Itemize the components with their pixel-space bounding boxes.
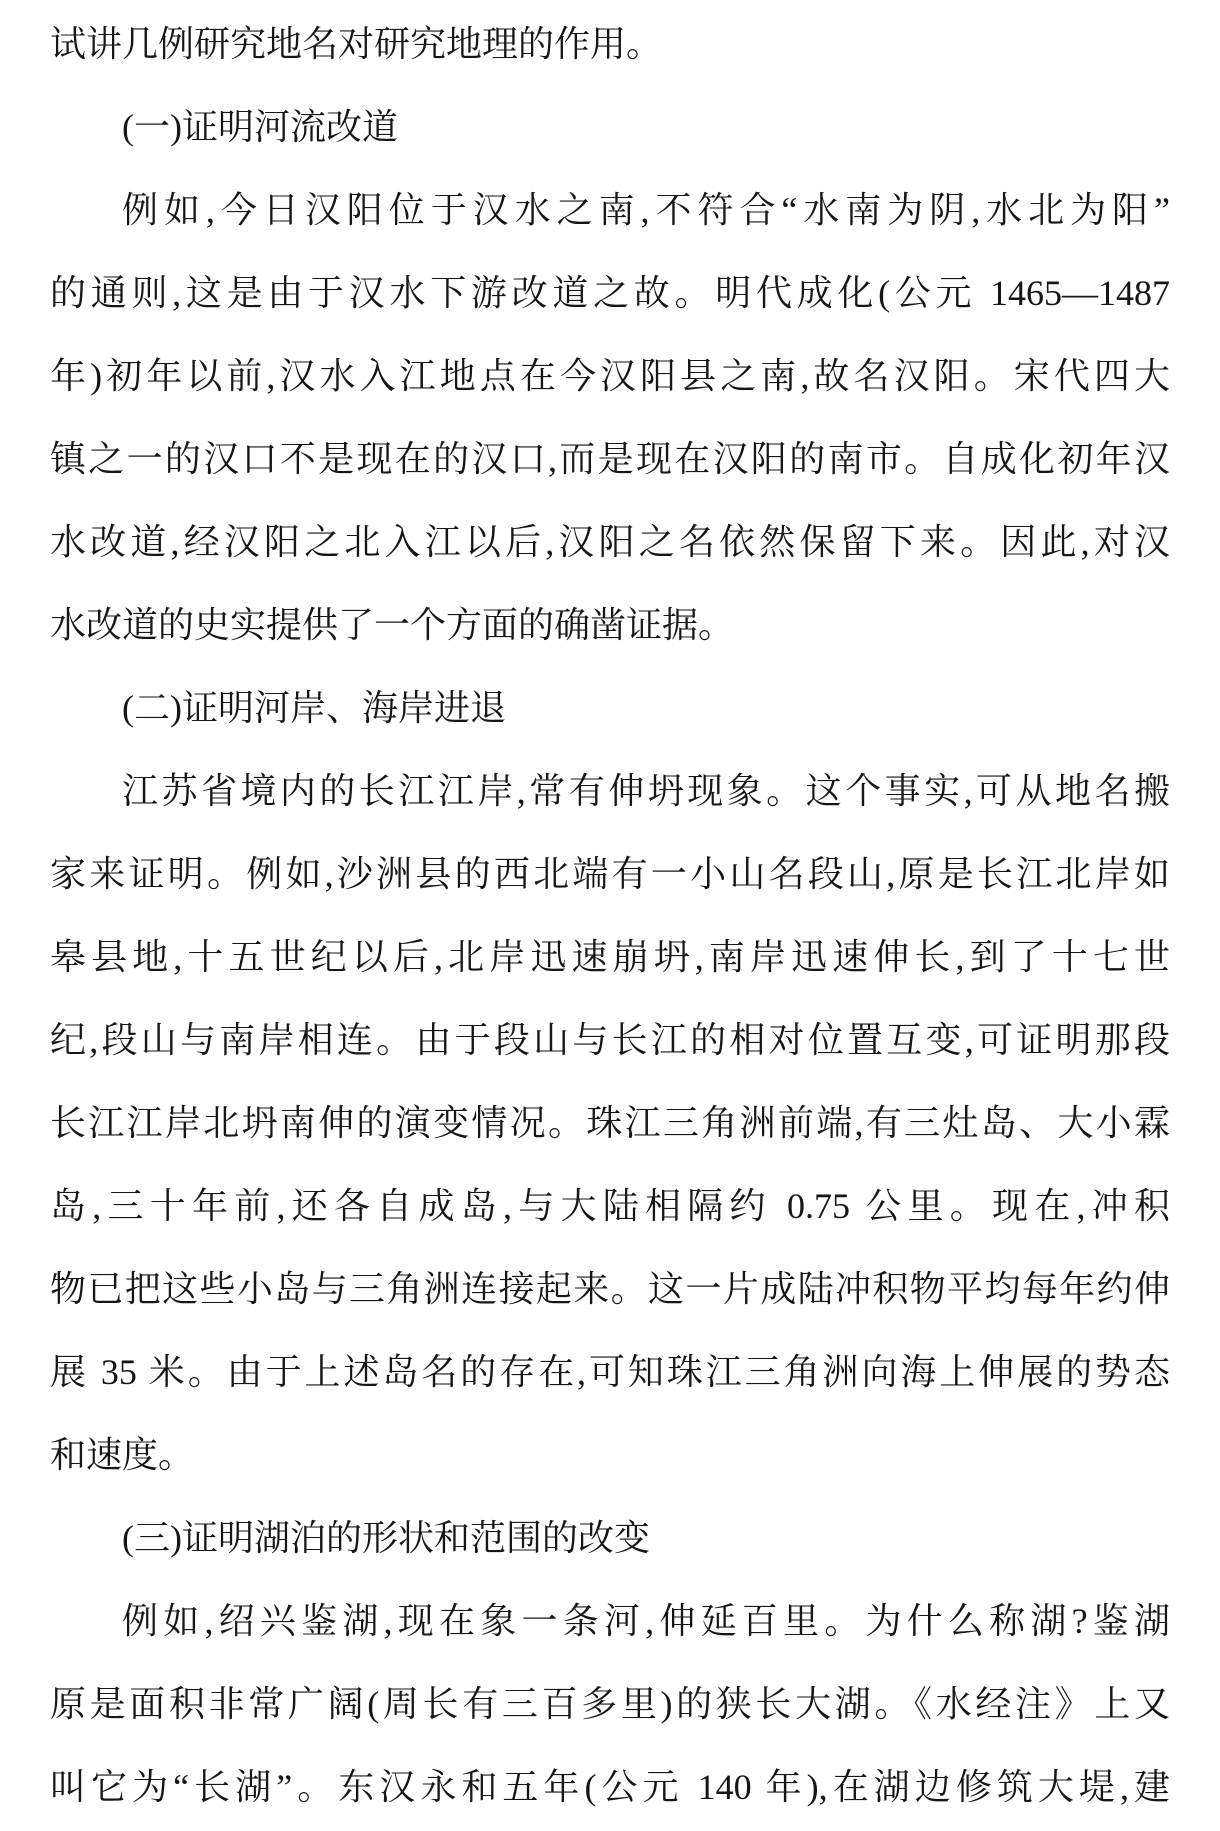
text-line: 水改道的史实提供了一个方面的确凿证据。 xyxy=(50,584,1170,667)
text-line: 展 35 米。由于上述岛名的存在,可知珠江三角洲向海上伸展的势态 xyxy=(50,1331,1170,1414)
text-line: 和速度。 xyxy=(50,1414,1170,1497)
section-heading: (一)证明河流改道 xyxy=(50,86,1170,169)
text-line: 镇之一的汉口不是现在的汉口,而是现在汉阳的南市。自成化初年汉 xyxy=(50,418,1170,501)
text-line: 岛,三十年前,还各自成岛,与大陆相隔约 0.75 公里。现在,冲积 xyxy=(50,1165,1170,1248)
section-heading: (二)证明河岸、海岸进退 xyxy=(50,667,1170,750)
text-line: 试讲几例研究地名对研究地理的作用。 xyxy=(50,3,1170,86)
text-line: 家来证明。例如,沙洲县的西北端有一小山名段山,原是长江北岸如 xyxy=(50,833,1170,916)
text-line: 年)初年以前,汉水入江地点在今汉阳县之南,故名汉阳。宋代四大 xyxy=(50,335,1170,418)
text-line: 例如,今日汉阳位于汉水之南,不符合“水南为阴,水北为阳” xyxy=(50,169,1170,252)
text-line: 长江江岸北坍南伸的演变情况。珠江三角洲前端,有三灶岛、大小霖 xyxy=(50,1082,1170,1165)
text-line: 的通则,这是由于汉水下游改道之故。明代成化(公元 1465—1487 xyxy=(50,252,1170,335)
text-line: 叫它为“长湖”。东汉永和五年(公元 140 年),在湖边修筑大堤,建 xyxy=(50,1746,1170,1829)
text-line: 例如,绍兴鉴湖,现在象一条河,伸延百里。为什么称湖?鉴湖 xyxy=(50,1580,1170,1663)
text-line: 原是面积非常广阔(周长有三百多里)的狭长大湖。《水经注》上又 xyxy=(50,1663,1170,1746)
text-line: 江苏省境内的长江江岸,常有伸坍现象。这个事实,可从地名搬 xyxy=(50,750,1170,833)
section-heading: (三)证明湖泊的形状和范围的改变 xyxy=(50,1497,1170,1580)
text-line: 物已把这些小岛与三角洲连接起来。这一片成陆冲积物平均每年约伸 xyxy=(50,1248,1170,1331)
text-line: 纪,段山与南岸相连。由于段山与长江的相对位置互变,可证明那段 xyxy=(50,999,1170,1082)
document-page: 试讲几例研究地名对研究地理的作用。 (一)证明河流改道 例如,今日汉阳位于汉水之… xyxy=(0,0,1220,1831)
text-line: 皋县地,十五世纪以后,北岸迅速崩坍,南岸迅速伸长,到了十七世 xyxy=(50,916,1170,999)
text-line: 水改道,经汉阳之北入江以后,汉阳之名依然保留下来。因此,对汉 xyxy=(50,501,1170,584)
